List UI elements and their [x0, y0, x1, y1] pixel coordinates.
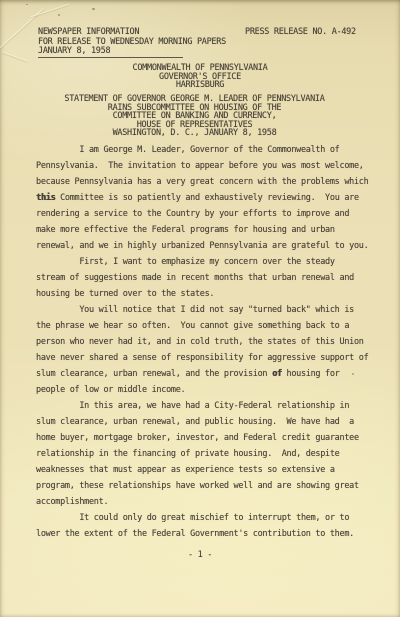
release-date: JANUARY 8, 1958	[38, 46, 110, 56]
paragraph-1: I am George M. Leader, Governor of the C…	[36, 142, 386, 254]
paragraph-1-text: I am George M. Leader, Governor of the C…	[36, 145, 368, 187]
release-date-underlined: JANUARY 8, 1958	[38, 47, 183, 58]
paragraph-1-text: Committee is so patiently and exhaustive…	[36, 193, 368, 251]
paragraph-5: It could only do great mischief to inter…	[36, 510, 386, 542]
statement-body: I am George M. Leader, Governor of the C…	[36, 142, 386, 542]
paper-speck	[58, 14, 60, 16]
letterhead: COMMONWEALTH OF PENNSYLVANIA GOVERNOR'S …	[0, 64, 400, 90]
release-info-block: NEWSPAPER INFORMATION FOR RELEASE TO WED…	[38, 28, 226, 58]
press-release-number: PRESS RELEASE NO. A-492	[245, 28, 356, 38]
paragraph-4: In this area, we have had a City-Federal…	[36, 398, 386, 510]
paper-speck	[26, 4, 28, 5]
letterhead-city: HARRISBURG	[0, 81, 400, 90]
paper-crease	[31, 4, 69, 17]
overstruck-word: of	[272, 369, 282, 379]
page-number: - 1 -	[0, 550, 400, 560]
document-page: NEWSPAPER INFORMATION FOR RELEASE TO WED…	[0, 0, 400, 617]
overstruck-word: this	[36, 193, 55, 203]
paragraph-3-text: You will notice that I did not say "turn…	[36, 305, 368, 379]
paper-crease	[3, 52, 28, 62]
paragraph-3: You will notice that I did not say "turn…	[36, 302, 386, 398]
statement-heading: STATEMENT OF GOVERNOR GEORGE M. LEADER O…	[0, 95, 389, 138]
statement-place-date-line: WASHINGTON, D. C., JANUARY 8, 1958	[0, 129, 389, 138]
paper-speck	[92, 8, 95, 10]
paragraph-2: First, I want to emphasize my concern ov…	[36, 254, 386, 302]
